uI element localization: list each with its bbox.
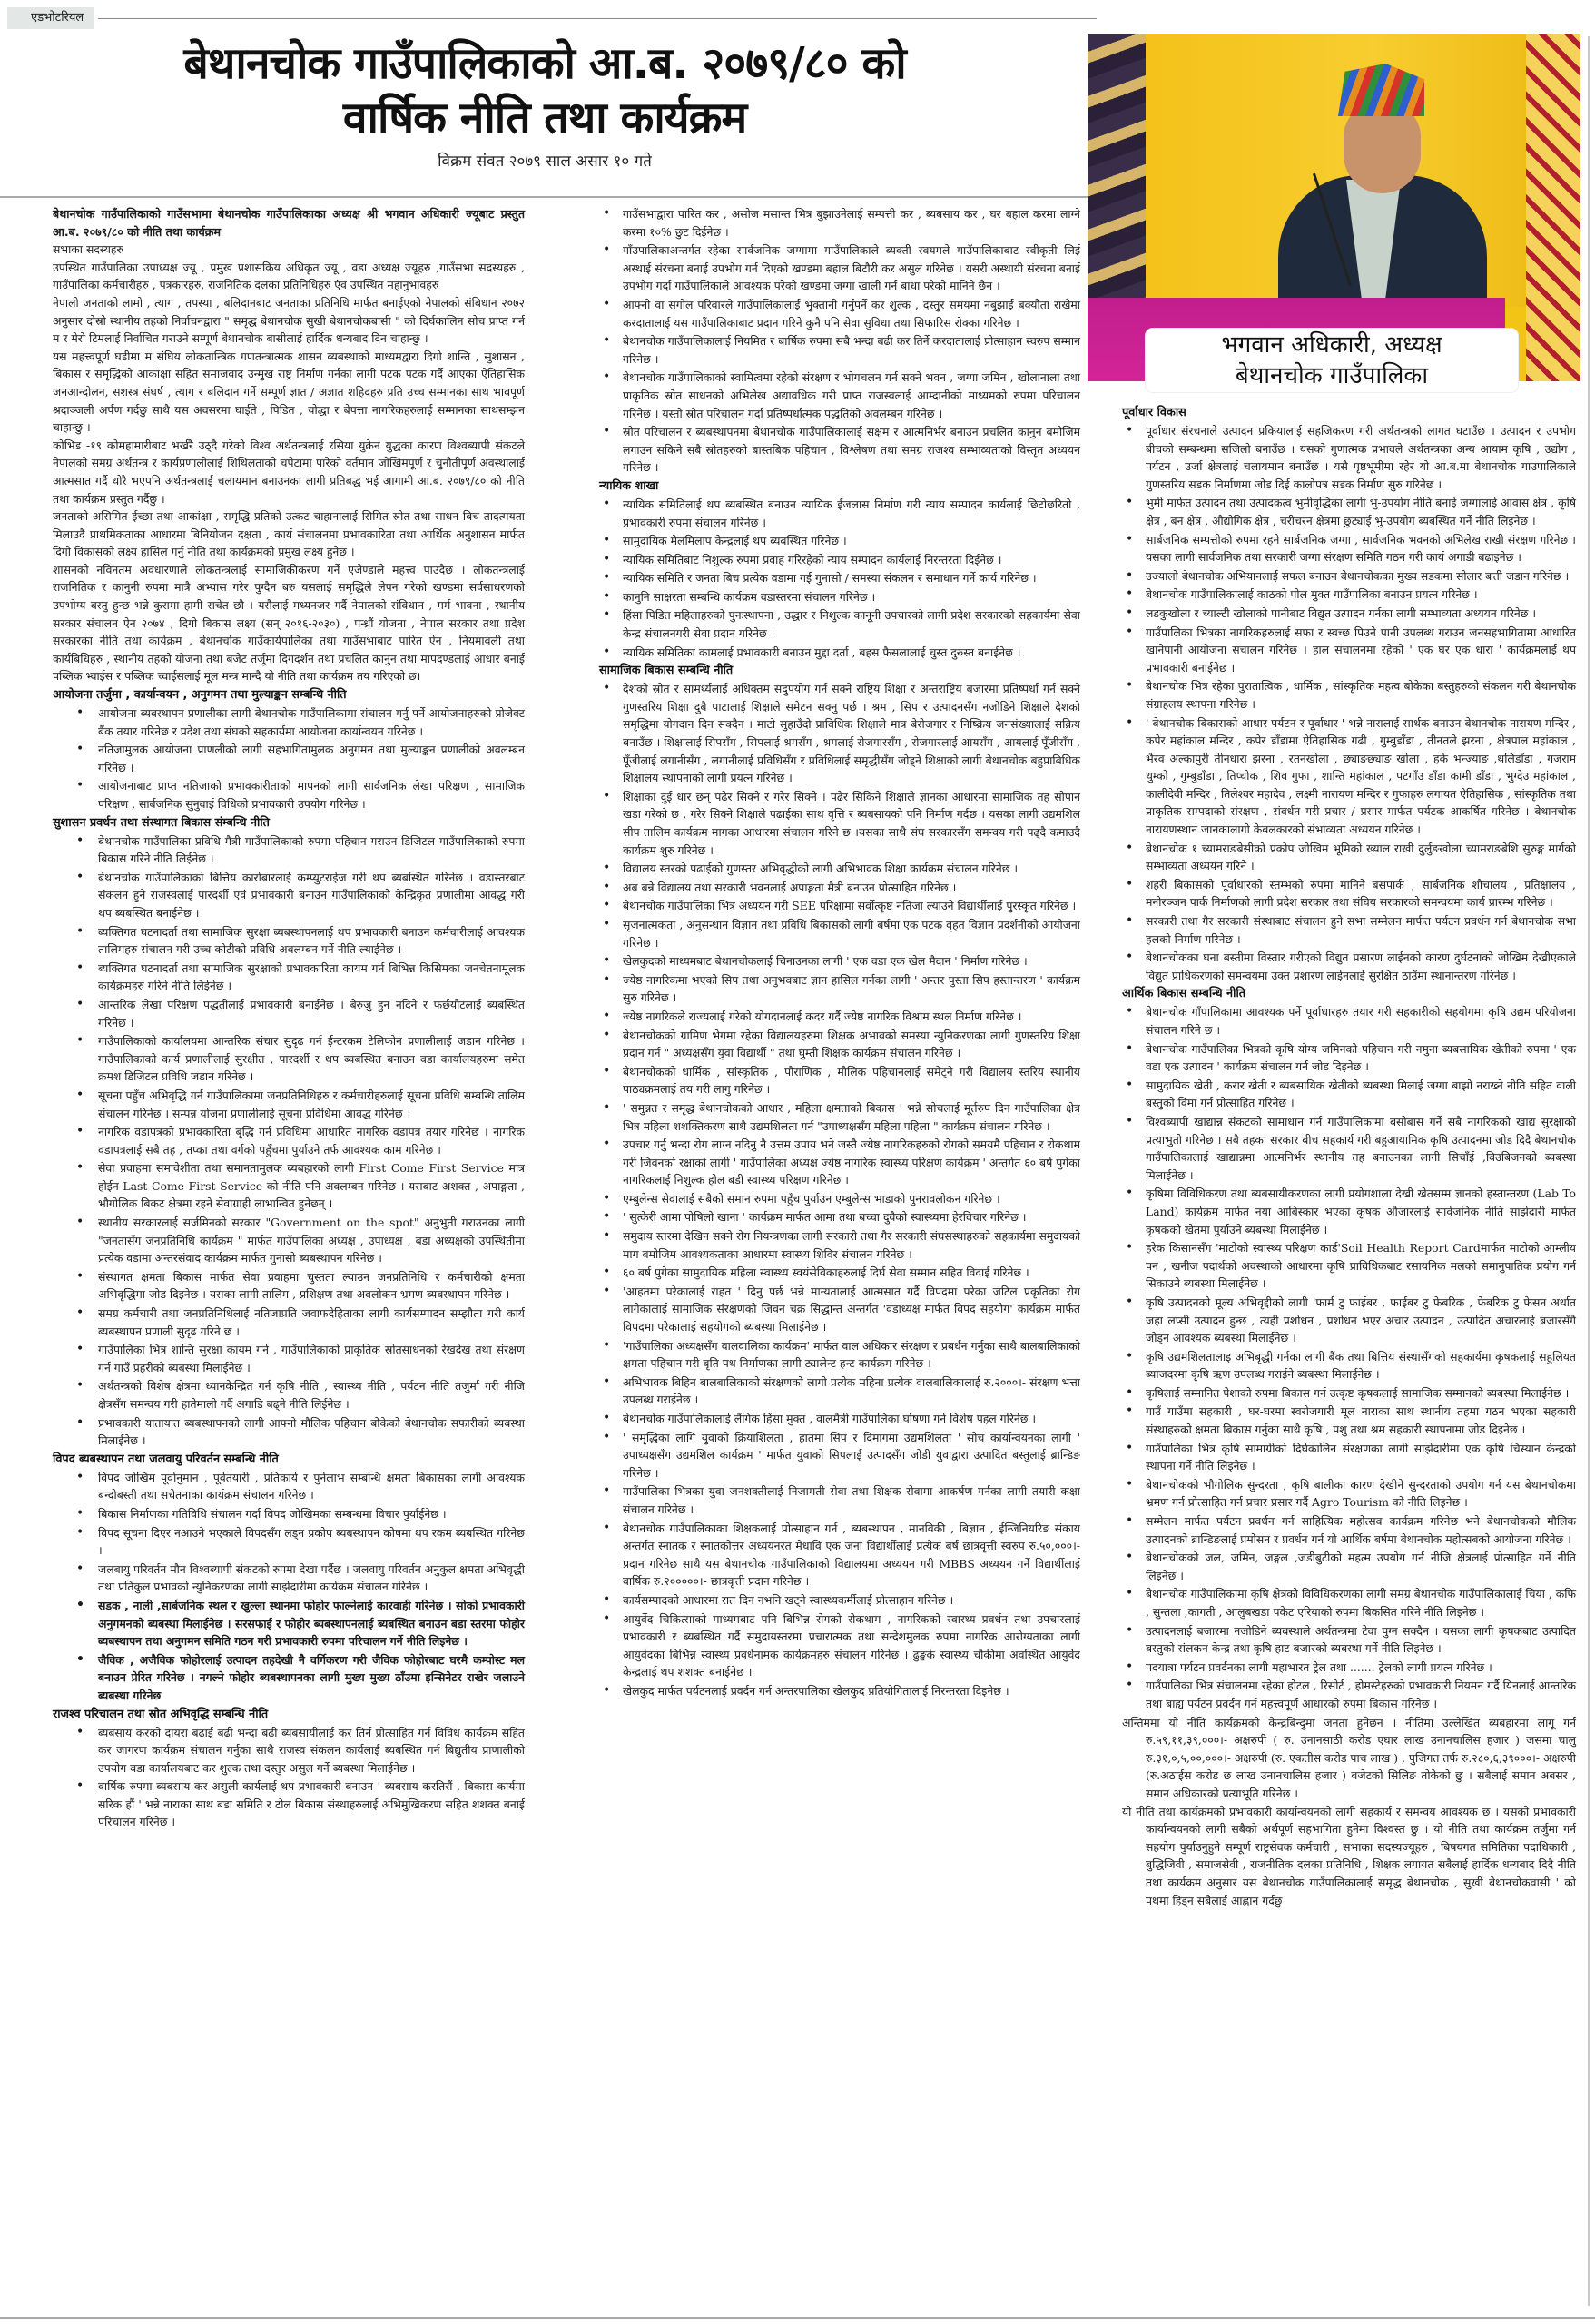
list-item: सामुदायिक खेती , करार खेती र ब्यबसायिक ख… [1122,1077,1576,1112]
caption-name: भगवान अधिकारी, अध्यक्ष [1146,330,1518,360]
list-item: न्यायिक समितिलाई थप ब्यबस्थित बनाउन न्या… [599,496,1080,531]
list-item: नागरिक वडापत्रको प्रभावकारिता बृद्धि गर्… [53,1123,525,1158]
policy-list: गाउँसभाद्वारा पारित कर , असोज मसान्त भित… [599,205,1080,477]
list-item: आफ्नो वा सगोल परिवारले गाउँपालिकालाई भुक… [599,296,1080,331]
section-tag: एडभोटरियल [7,7,94,29]
list-item: अभिभावक बिहिन बालबालिकाको संरक्षणको लागी… [599,1374,1080,1409]
list-item: संस्थागत क्षमता बिकास मार्फत सेवा प्रवाह… [53,1268,525,1304]
dateline: विक्रम संवत २०७९ साल असार १० गते [18,150,1071,171]
list-item: बेथानचोक १ च्यामराङबेसीको प्रकोप जोखिम भ… [1122,840,1576,875]
list-item: बेथानचोकको जल, जमिन, जङ्गल ,जडीबुटीको मह… [1122,1549,1576,1584]
list-item: स्रोत परिचालन र ब्यबस्थापनमा बेथानचोक गा… [599,423,1080,477]
list-item: आयोजना ब्यबस्थापन प्रणालीका लागी बेथानचो… [53,704,525,740]
list-item: बेथानचोकका घना बस्तीमा विस्तार गरीएको वि… [1122,949,1576,984]
paragraph: नेपाली जनताको लामो , त्याग , तपस्या , बल… [53,294,525,348]
policy-list: विपद जोखिम पूर्वानुमान , पूर्वतयारी , प्… [53,1469,525,1705]
section-heading: न्यायिक शाखा [599,478,1080,496]
list-item: आयोजनाबाट प्राप्त नतिजाको प्रभावकारीताको… [53,777,525,812]
list-item: भुमी मार्फत उत्पादन तथा उत्पादकत्व भुमीव… [1122,494,1576,529]
list-item: खेलकुदको माध्यमबाट बेथानचोकलाई चिनाउनका … [599,952,1080,970]
list-item: ' समुन्नत र समृद्ध बेथानचोकको आधार , महि… [599,1099,1080,1135]
list-item: अर्थतन्त्रको विशेष क्षेत्रमा ध्यानकेन्द्… [53,1377,525,1413]
section-heading: आयोजना तर्जुमा , कार्यान्वयन , अनुगमन तथ… [53,686,525,704]
page-title: बेथानचोक गाउँपालिकाको आ.ब. २०७९/८० को वा… [18,36,1071,145]
list-item: बेथानचोक गाँपालिकामा आवश्यक पर्ने पूर्वा… [1122,1003,1576,1039]
policy-list: ब्यबसाय करको दायरा बढाई बढी भन्दा बढी ब्… [53,1724,525,1832]
list-item: सम्मेलन मार्फत पर्यटन प्रवर्धन गर्न साहि… [1122,1512,1576,1548]
list-item: न्यायिक समितिबाट निशुल्क रुपमा प्रवाह गर… [599,551,1080,569]
list-item: गाउँपालिका भित्र शान्ति सुरक्षा कायम गर्… [53,1341,525,1376]
list-item: सडक , नाली ,सार्बजनिक स्थल र खुल्ला स्था… [53,1597,525,1650]
list-item: गाउँपालिका भित्र संचालनमा रहेका होटल , र… [1122,1677,1576,1712]
list-item: ' सुत्केरी आमा पोषिलो खाना ' कार्यक्रम म… [599,1208,1080,1226]
list-item: सूचना पहुँच अभिवृद्धि गर्न गाउँपालिकामा … [53,1087,525,1122]
list-item: विपद सूचना दिएर नआउने भएकाले विपदसँग लड्… [53,1524,525,1560]
list-item: कृषिमा विविधिकरण तथा ब्यबसायीकरणका लागी … [1122,1185,1576,1238]
list-item: विपद जोखिम पूर्वानुमान , पूर्वतयारी , प्… [53,1469,525,1504]
list-item: शिक्षाका दुई धार छन् पढेर सिक्ने र गरेर … [599,788,1080,859]
list-item: उज्यालो बेथानचोक अभियानलाई सफल बनाउन बेथ… [1122,567,1576,586]
list-item: गाउँपालिका भित्रका युवा जनशक्तीलाई निजाम… [599,1482,1080,1518]
list-item: बेथानचोक गाउँपालिकाको बित्तिय कारोबारलाई… [53,869,525,922]
policy-list: बेथानचोक गाँपालिकामा आवश्यक पर्ने पूर्वा… [1122,1003,1576,1712]
list-item: बेथानचोकको धार्मिक , सांस्कृतिक , पौराणि… [599,1063,1080,1098]
list-item: गाँउपालिकाअन्तर्गत रहेका सार्वजनिक जग्गा… [599,241,1080,295]
list-item: बेथानचोकको ग्रामिण भेगमा रहेका विद्यालयह… [599,1027,1080,1062]
list-item: ब्यक्तिगत घटनादर्ता तथा सामाजिक सुरक्षा … [53,923,525,959]
section-heading: आर्थिक बिकास सम्बन्धि नीति [1122,985,1576,1003]
list-item: वार्षिक रुपमा ब्यबसाय कर असुली कार्यलाई … [53,1777,525,1831]
list-item: शहरी बिकासको पूर्वाधारको स्तम्भको रुपमा … [1122,876,1576,911]
list-item: देशको स्रोत र सामर्थ्यलाई अधिक्तम सदुपयो… [599,680,1080,787]
list-item: पूर्वाधार संरचनाले उत्पादन प्रकियालाई सह… [1122,422,1576,493]
policy-list: बेथानचोक गाउँपालिका प्रविधि मैत्री गाउँप… [53,832,525,1450]
list-item: न्यायिक समिति र जनता बिच प्रत्येक वडामा … [599,569,1080,587]
list-item: हरेक किसानसँग 'माटोको स्वास्थ्य परिक्षण … [1122,1239,1576,1293]
list-item: बेथानचोक गाउँपालिका प्रविधि मैत्री गाउँप… [53,832,525,868]
list-item: बेथानचोकको भौगोलिक सुन्दरता , कृषि बालीक… [1122,1476,1576,1512]
section-heading: सुशासन प्रवर्धन तथा संस्थागत बिकास संम्ब… [53,814,525,832]
list-item: बेथानचोक गाउँपालिकाको स्वामित्वमा रहेको … [599,369,1080,422]
list-item: एम्बुलेन्स सेवालाई सबैको समान रुपमा पहुँ… [599,1190,1080,1208]
list-item: जैविक , अजैविक फोहोरलाई उत्पादन तहदेखी न… [53,1651,525,1705]
list-item: ज्येष्ठ नागरिकले राज्यलाई गरेको योगदानला… [599,1008,1080,1026]
list-item: समुदाय स्तरमा देखिन सक्ने रोग नियन्त्रणक… [599,1227,1080,1263]
closing-paragraph: अन्तिममा यो नीति कार्यक्रमको केन्द्रबिन्… [1122,1714,1576,1803]
section-heading: विपद ब्यबस्थापन तथा जलवायु परिवर्तन सम्ब… [53,1451,525,1469]
headline-line-2: वार्षिक नीति तथा कार्यक्रम [18,91,1071,145]
list-item: उपचार गर्नु भन्दा रोग लाग्न नदिनु नै उत्… [599,1136,1080,1189]
article-column-1: बेथानचोक गाउँपालिकाको गाउँसभामा बेथानचोक… [53,205,525,1832]
list-item: कृषि उत्पादनको मूल्य अभिवृद्दीको लागी 'फ… [1122,1294,1576,1347]
list-item: सामुदायिक मेलमिलाप केन्द्रलाई थप ब्यबस्थ… [599,532,1080,550]
list-item: जलबायु परिवर्तन मौन विश्वब्यापी संकटको र… [53,1561,525,1596]
page-edge [1588,36,1590,2306]
article-column-2: गाउँसभाद्वारा पारित कर , असोज मसान्त भित… [599,205,1080,1701]
header-divider [0,196,1108,198]
list-item: प्रभावकारी यातायात ब्यबस्थापनको लागी आफ्… [53,1414,525,1450]
list-item: सेवा प्रवाहमा समावेशीता तथा समानतामुलक ब… [53,1159,525,1213]
section-heading: राजश्व परिचालन तथा स्रोत अभिवृद्धि सम्बन… [53,1706,525,1724]
list-item: गाउँपालिका भित्रका नागरिकहरुलाई सफा र स्… [1122,624,1576,677]
paragraph: कोभिड -१९ कोमहामारीबाट भर्खरै उठ्दै गरेक… [53,437,525,507]
list-item: गाउँ गाउँमा सहकारी , घर-घरमा स्वरोजगारी … [1122,1403,1576,1438]
list-item: 'आहतमा परेकालाई राहत ' दिनु पर्छ भन्ने म… [599,1283,1080,1336]
list-item: बेथानचोक गाउँपालिका भित्र अध्ययन गरी SEE… [599,897,1080,915]
list-item: बेथानचोक गाउँपालिकालाई काठको पोल मुक्त ग… [1122,586,1576,604]
list-item: ब्यबसाय करको दायरा बढाई बढी भन्दा बढी ब्… [53,1724,525,1777]
list-item: कानुनि साक्षरता सम्बन्धि कार्यक्रम वडास्… [599,588,1080,606]
list-item: ६० बर्ष पुगेका सामुदायिक महिला स्वास्थ्य… [599,1264,1080,1282]
list-item: बेथानचोक गाउँपालिकालाई नियमित र बार्षिक … [599,332,1080,368]
section-heading: सामाजिक बिकास सम्बन्धि नीति [599,662,1080,680]
list-item: ' समृद्धिका लागि युवाको क्रियाशिलता , हा… [599,1429,1080,1482]
list-item: आयुर्वेद चिकित्साको माध्यमबाट पनि बिभिन्… [599,1610,1080,1681]
headline-line-1: बेथानचोक गाउँपालिकाको आ.ब. २०७९/८० को [18,36,1071,91]
list-item: बेथानचोक गाउँपालिका भित्रको कृषि योग्य ज… [1122,1040,1576,1076]
policy-list: आयोजना ब्यबस्थापन प्रणालीका लागी बेथानचो… [53,704,525,813]
list-item: न्यायिक समितिका कामलाई प्रभावकारी बनाउन … [599,644,1080,662]
list-item: बिकास निर्माणका गतिविधि संचालन गर्दा विप… [53,1505,525,1523]
list-item: कार्यसम्पादको आधारमा रात दिन नभनि खट्ने … [599,1591,1080,1610]
policy-list: न्यायिक समितिलाई थप ब्यबस्थित बनाउन न्या… [599,496,1080,661]
list-item: नतिजामुलक आयोजना प्राणलीको लागी सहभागिता… [53,741,525,776]
list-item: बेथानचोक गाउँपालिकामा कृषि क्षेत्रको विव… [1122,1585,1576,1620]
list-item: सरकारी तथा गैर सरकारी संस्थाबाट संचालन ह… [1122,912,1576,948]
list-item: लडकुखोला र च्याल्टी खोलाको पानीबाट बिद्य… [1122,605,1576,623]
section-heading: पूर्वाधार विकास [1122,404,1576,422]
list-item: बेथानचोक गाउँपालिकालाई लैंगिक हिंसा मुक्… [599,1410,1080,1428]
article-column-3: पूर्वाधार विकास पूर्वाधार संरचनाले उत्पा… [1122,403,1576,1909]
list-item: विद्यालय स्तरको पढाईको गुणस्तर अभिवृद्धी… [599,860,1080,878]
photo-caption: भगवान अधिकारी, अध्यक्ष बेथानचोक गाउँपालि… [1146,329,1518,392]
policy-list: पूर्वाधार संरचनाले उत्पादन प्रकियालाई सह… [1122,422,1576,984]
list-item: गाउँपालिका भित्र कृषि सामाग्रीको दिर्घका… [1122,1440,1576,1475]
list-item: समग्र कर्मचारी तथा जनप्रतिनिधिलाई नतिजाप… [53,1305,525,1340]
caption-org: बेथानचोक गाउँपालिका [1146,360,1518,391]
list-item: अब बन्ने विद्यालय तथा सरकारी भवनलाई अपाङ… [599,879,1080,897]
list-item: गाउँपालिकाको कार्यालयमा आन्तरिक संचार सु… [53,1032,525,1086]
list-item: कृषिलाई सम्मानित पेशाको रुपमा बिकास गर्न… [1122,1384,1576,1403]
list-item: हिंसा पिडित महिलाहरुको पुनःस्थापना , उद्… [599,606,1080,642]
list-item: गाउँसभाद्वारा पारित कर , असोज मसान्त भित… [599,205,1080,241]
policy-list: देशको स्रोत र सामर्थ्यलाई अधिक्तम सदुपयो… [599,680,1080,1699]
paragraph: उपस्थित गाउँपालिका उपाध्यक्ष ज्यू , प्रम… [53,259,525,294]
paragraph: जनताको असिमित ईच्छा तथा आकांक्षा , समृद्… [53,507,525,561]
list-item: सृजनात्मकता , अनुसन्धान विज्ञान तथा प्रव… [599,916,1080,951]
paragraph: यस महत्त्वपूर्ण घडीमा म संघिय लोकतान्त्र… [53,348,525,437]
closing-paragraph: यो नीति तथा कार्यक्रमको प्रभावकारी कार्य… [1122,1803,1576,1910]
list-item: कृषि उद्यमशिलतालाइ अभिबृद्धी गर्नका लागी… [1122,1348,1576,1384]
list-item: ज्येष्ठ नागरिकमा भएको सिप तथा अनुभवबाट ज… [599,971,1080,1007]
list-item: बेथानचोक भित्र रहेका पुरातात्विक , धार्म… [1122,677,1576,713]
list-item: खेलकुद मार्फत पर्यटनलाई प्रवर्दन गर्न अन… [599,1682,1080,1700]
list-item: उत्पादनलाई बजारमा नजोडिने ब्यबस्थाले अर्… [1122,1622,1576,1658]
article-lead: बेथानचोक गाउँपालिकाको गाउँसभामा बेथानचोक… [53,205,525,241]
list-item: बेथानचोक गाउँपालिकाका शिक्षकलाई प्रोत्सा… [599,1520,1080,1590]
list-item: ' बेथानचोक बिकासको आधार पर्यटन र पूर्वाध… [1122,714,1576,839]
list-item: पदयात्रा पर्यटन प्रवर्दनका लागी महाभारत … [1122,1659,1576,1677]
list-item: 'गाउँपालिका अध्यक्षसँग वालवालिका कार्यक्… [599,1337,1080,1373]
paragraph: सभाका सदस्यहरु [53,241,525,259]
list-item: आन्तरिक लेखा परिक्षण पद्धतीलाई प्रभावकार… [53,996,525,1031]
paragraph: शासनको नविनतम अवधारणाले लोकतन्त्रलाई साम… [53,561,525,685]
list-item: विश्वब्यापी खाद्यान्न संकटको सामाधान गर्… [1122,1113,1576,1184]
list-item: ब्यक्तिगत घटनादर्ता तथा सामाजिक सुरक्षाक… [53,960,525,995]
footer-divider [0,2317,1595,2319]
list-item: स्थानीय सरकारलाई सर्जमिनको सरकार "Govern… [53,1214,525,1267]
tag-divider [98,18,1097,19]
list-item: सार्बजनिक सम्पत्तीको रुपमा रहने सार्बजनि… [1122,531,1576,566]
